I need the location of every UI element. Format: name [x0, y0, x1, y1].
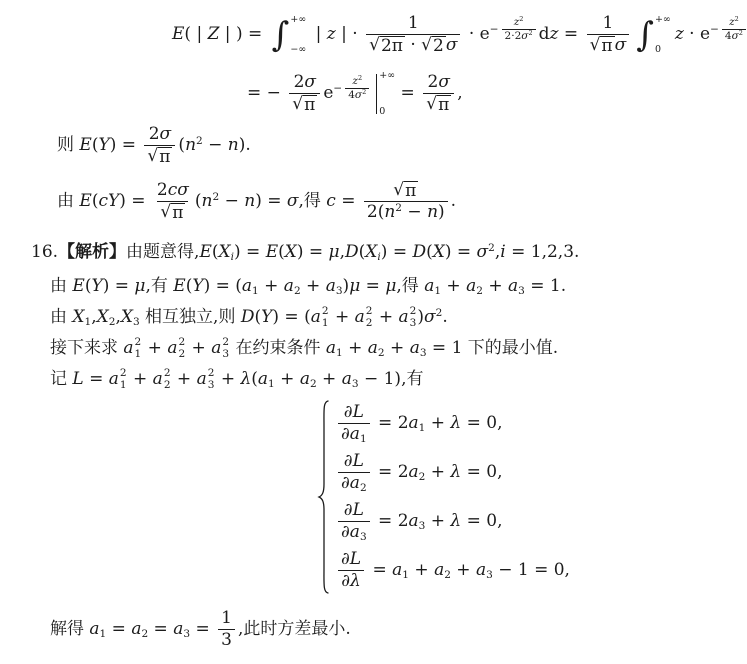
lagrange-equation-system: ∂L∂a1 = 2a1 + λ = 0, ∂L∂a2 = 2a2 + λ = 0… [316, 399, 570, 595]
subscript: 1 [336, 348, 343, 359]
denominator: √π [157, 201, 188, 223]
solution-page: E( | Z | ) = ∫+∞−∞ | z | · 1√2π · √2σ · … [0, 0, 747, 664]
math-text: . [442, 307, 447, 327]
math-text: 接下来求 [50, 338, 123, 358]
math-variable: Y [91, 276, 102, 296]
math-text: 1 [336, 347, 343, 359]
subscript: 1 [402, 570, 409, 581]
sub-superscript: 23 [222, 337, 229, 361]
math-text: ,得 [396, 276, 424, 296]
math-variable: a [131, 619, 141, 639]
math-variable: L [350, 549, 361, 569]
radicand: π [158, 147, 172, 167]
subscript: 3 [360, 532, 367, 543]
stacked-subscript: 1 [120, 380, 127, 392]
superscript: −z22·2σ2 [490, 16, 539, 43]
subscript: 2 [294, 286, 301, 297]
math-text: = 1. [525, 276, 566, 296]
equation-list: ∂L∂a1 = 2a1 + λ = 0, ∂L∂a2 = 2a2 + λ = 0… [335, 399, 570, 595]
math-variable: a [211, 338, 221, 358]
math-text: 3 [336, 285, 343, 297]
math-variable: a [300, 369, 310, 389]
equation-partial-lambda: ∂L∂λ = a1 + a2 + a3 − 1 = 0, [335, 546, 570, 595]
fraction: ∂L∂a3 [338, 500, 370, 544]
math-text: ( [278, 242, 285, 262]
math-variable: σ [160, 124, 172, 144]
math-text: = 2 [373, 413, 409, 433]
math-variable: a [409, 462, 419, 482]
math-text: 2 [488, 242, 495, 254]
fraction: ∂L∂λ [338, 549, 364, 593]
math-variable: a [350, 522, 360, 542]
denominator: √πσ [587, 34, 630, 56]
math-text: · e [463, 24, 489, 44]
equation-partial-a2: ∂L∂a2 = 2a2 + λ = 0, [335, 448, 570, 497]
radical: √2 [421, 36, 446, 56]
math-text: + [441, 276, 466, 296]
numerator: √π [390, 180, 421, 201]
numerator: 1 [599, 13, 616, 34]
math-text: ∂ [341, 424, 350, 444]
math-text: + [215, 369, 240, 389]
math-variable: c [326, 191, 336, 211]
superscript: 2 [488, 243, 495, 254]
math-variable: Y [98, 135, 109, 155]
math-text: 2 [360, 482, 367, 494]
math-text: 由 [50, 307, 72, 327]
math-text: − 1 = 0, [493, 560, 570, 580]
math-variable: X [121, 307, 133, 327]
math-variable: Y [261, 307, 272, 327]
superscript: 2 [358, 75, 362, 82]
stacked-subscript: 3 [222, 349, 229, 361]
math-text: 2·2 [505, 30, 522, 42]
subscript: 3 [352, 379, 359, 390]
radical: √π [426, 95, 451, 115]
sub-superscript: 21 [322, 306, 329, 330]
math-text: ,得 [298, 191, 326, 211]
fraction: 2σ√π [144, 124, 175, 168]
math-text: ∂ [341, 571, 350, 591]
math-variable: a [197, 369, 207, 389]
math-variable: σ [287, 191, 299, 211]
subscript: 3 [518, 286, 525, 297]
math-text: = 0, [461, 462, 502, 482]
denominator: √π [144, 145, 175, 167]
math-variable: a [399, 307, 409, 327]
fraction: z24σ2 [345, 75, 369, 102]
math-variable: L [353, 402, 364, 422]
math-text: 2 [135, 336, 142, 348]
radical-sign-icon: √ [292, 95, 303, 114]
numerator: z2 [349, 75, 365, 88]
fraction: 1√πσ [587, 13, 630, 57]
radicand: 2 [432, 36, 446, 56]
math-text: − [219, 191, 244, 211]
math-text: + [385, 338, 410, 358]
math-variable: E [172, 24, 184, 44]
math-variable: μ [329, 242, 340, 262]
math-variable: a [326, 338, 336, 358]
numerator: ∂L [341, 402, 367, 423]
math-text: + [128, 369, 153, 389]
math-variable: X [365, 242, 377, 262]
denominator: 2·2σ2 [502, 29, 536, 43]
fraction: ∂L∂a2 [338, 451, 370, 495]
math-text: 由 [57, 191, 79, 211]
denominator: 3 [218, 629, 235, 651]
math-variable: X [285, 242, 297, 262]
math-text: 16. [31, 242, 58, 262]
numerator: 2σ [291, 72, 319, 93]
math-text: ( | [184, 24, 207, 44]
sub-superscript: 22 [366, 306, 373, 330]
math-text: 1 [402, 569, 409, 581]
math-variable: σ [521, 30, 528, 42]
fraction: 13 [218, 608, 235, 652]
math-text: | [310, 24, 327, 44]
math-text: 2 [164, 379, 171, 391]
math-text: = [336, 191, 361, 211]
math-text: 2 [196, 135, 203, 147]
math-variable: σ [477, 242, 489, 262]
math-text: 2 [410, 305, 417, 317]
math-text: = 1,2,3. [506, 242, 580, 262]
evaluation-limits: +∞0 [379, 71, 395, 117]
math-variable: a [167, 338, 177, 358]
math-text: − [490, 24, 499, 36]
math-text: − [710, 24, 719, 36]
superscript: −z24σ2 [333, 75, 372, 102]
subscript: 2 [310, 379, 317, 390]
math-text: π [405, 181, 416, 201]
subscript: 2 [476, 286, 483, 297]
math-text: 1 [120, 379, 127, 391]
math-text: 1 [221, 608, 232, 628]
math-text: 3 [222, 348, 229, 360]
math-variable: a [173, 619, 183, 639]
math-text: + [343, 338, 368, 358]
math-variable: z [327, 24, 336, 44]
superscript: 2 [395, 203, 402, 214]
math-variable: λ [240, 369, 251, 389]
radical-sign-icon: √ [426, 95, 437, 114]
math-text: 2 [529, 29, 533, 37]
line-conclusion-minimum-variance: 解得 a1 = a2 = a3 = 13,此时方差最小. [50, 606, 351, 653]
superscript: 2 [739, 30, 743, 37]
math-variable: a [123, 338, 133, 358]
math-variable: E [199, 242, 211, 262]
math-text: + [483, 276, 508, 296]
math-variable: a [153, 369, 163, 389]
math-text: ∂ [344, 451, 353, 471]
math-text: ∂ [344, 402, 353, 422]
math-text: 4 [348, 89, 355, 101]
math-text: = [84, 369, 109, 389]
math-text: + [259, 276, 284, 296]
math-text: + [425, 462, 450, 482]
math-text: π [172, 203, 183, 223]
math-text: 在约束条件 [230, 338, 326, 358]
lower-limit: 0 [379, 107, 395, 117]
math-variable: E [72, 276, 84, 296]
math-variable: z [675, 24, 684, 44]
line-lagrangian-definition: 记 L = a21 + a22 + a23 + λ(a1 + a2 + a3 −… [50, 364, 423, 394]
radicand: π [303, 95, 317, 115]
math-text: π [159, 147, 170, 167]
math-text: + [409, 560, 434, 580]
math-variable: a [409, 511, 419, 531]
math-text: + [451, 560, 476, 580]
math-text: ) = [445, 242, 477, 262]
radical: √π [393, 181, 418, 201]
math-text: − [333, 83, 342, 95]
math-variable: n [427, 202, 438, 222]
math-text: 2 [444, 569, 451, 581]
numerator: 2σ [146, 124, 174, 145]
math-text: 由 [50, 276, 72, 296]
fraction: z24σ2 [722, 16, 746, 43]
radical-sign-icon: √ [147, 147, 158, 166]
math-text: 2 [735, 15, 739, 23]
math-text: 由题意得, [126, 242, 199, 262]
radical-sign-icon: √ [160, 203, 171, 222]
math-variable: X [97, 307, 109, 327]
math-text: = 1 下的最小值. [427, 338, 559, 358]
math-variable: a [355, 307, 365, 327]
lower-limit: −∞ [290, 45, 306, 55]
math-text: 2 [164, 367, 171, 379]
radical-sign-icon: √ [369, 36, 380, 55]
math-variable: n [185, 135, 196, 155]
math-text: + [317, 369, 342, 389]
math-text: = [559, 24, 584, 44]
math-text: 1 [408, 13, 419, 33]
math-text: 3 [486, 569, 493, 581]
math-variable: D [345, 242, 359, 262]
radicand: π [437, 95, 451, 115]
math-variable: a [311, 307, 321, 327]
problem-16-analysis-line: 16.【解析】由题意得,E(Xi) = E(X) = μ,D(Xi) = D(X… [31, 239, 579, 266]
fraction: √π2(n2 − n) [364, 180, 448, 224]
numerator: z2 [511, 16, 527, 29]
math-variable: a [242, 276, 252, 296]
stacked-subscript: 2 [164, 380, 171, 392]
math-text: = 2 [373, 462, 409, 482]
integral-sign-icon: ∫ [636, 18, 654, 52]
math-text: ) = ( [272, 307, 310, 327]
denominator: ∂λ [338, 570, 364, 592]
math-text: ) [438, 202, 445, 222]
math-text: ) = [255, 191, 287, 211]
subscript: 3 [420, 348, 427, 359]
math-text: ∂ [341, 549, 350, 569]
math-text: 3 [352, 378, 359, 390]
math-variable: a [392, 560, 402, 580]
math-variable: n [244, 191, 255, 211]
math-variable: σ [438, 72, 450, 92]
math-text: · [405, 35, 421, 55]
math-text: 则 [57, 135, 79, 155]
radical-sign-icon: √ [590, 36, 601, 55]
subscript: 2 [378, 348, 385, 359]
math-variable: σ [732, 30, 739, 42]
math-text: = [367, 560, 392, 580]
math-text: 3 [518, 285, 525, 297]
superscript: 2 [362, 89, 366, 96]
math-variable: a [284, 276, 294, 296]
radical: √π [147, 147, 172, 167]
math-text: 解得 [50, 619, 89, 639]
math-text: ,有 [145, 276, 173, 296]
math-text: | · [336, 24, 363, 44]
math-text: 2 [178, 336, 185, 348]
math-text: π [601, 36, 612, 56]
math-text: 2 [310, 378, 317, 390]
fraction: 1√2π · √2σ [366, 13, 460, 57]
math-variable: σ [424, 307, 436, 327]
stacked-subscript: 3 [410, 318, 417, 330]
formula-expectation-abs-z-integral: E( | Z | ) = ∫+∞−∞ | z | · 1√2π · √2σ · … [172, 5, 747, 63]
math-text: 3 [410, 317, 417, 329]
sub-superscript: 21 [120, 368, 127, 392]
math-text: ) = [119, 191, 151, 211]
math-text: 2 [433, 36, 444, 56]
math-variable: Y [192, 276, 203, 296]
upper-limit: +∞ [290, 15, 306, 25]
math-text: = [106, 619, 131, 639]
numerator: ∂L [341, 500, 367, 521]
subscript: 2 [444, 570, 451, 581]
math-variable: L [72, 369, 83, 389]
math-variable: λ [450, 413, 461, 433]
superscript: −z24σ2 [710, 16, 747, 43]
denominator: √2π · √2σ [366, 34, 460, 56]
math-text: 2 [294, 285, 301, 297]
sub-superscript: 23 [410, 306, 417, 330]
math-variable: cY [98, 191, 119, 211]
radicand: π [171, 203, 185, 223]
math-text: 1 [602, 13, 613, 33]
math-text: 2 [366, 317, 373, 329]
numerator: 2σ [425, 72, 453, 93]
math-text: 2 [208, 367, 215, 379]
evaluation-bar [376, 74, 377, 114]
math-variable: a [350, 424, 360, 444]
math-variable: a [368, 338, 378, 358]
math-variable: X [433, 242, 445, 262]
math-text: · e [684, 24, 710, 44]
numerator: z2 [726, 16, 742, 29]
math-text: + [373, 307, 398, 327]
integral: ∫+∞0 [636, 15, 671, 55]
upper-limit: +∞ [655, 15, 671, 25]
denominator: 4σ2 [345, 88, 369, 102]
math-text: 1 [268, 378, 275, 390]
radical: √π [292, 95, 317, 115]
math-variable: σ [355, 89, 362, 101]
math-text: ∂ [341, 522, 350, 542]
math-text: 2π [381, 36, 403, 56]
denominator: 2(n2 − n) [364, 201, 448, 223]
subscript: 1 [252, 286, 259, 297]
math-text: 2 [120, 367, 127, 379]
math-variable: E [266, 242, 278, 262]
math-text: ,此时方差最小. [238, 619, 351, 639]
numerator: 1 [405, 13, 422, 34]
integral: ∫+∞−∞ [272, 15, 307, 55]
denominator: 4σ2 [722, 29, 746, 43]
math-variable: X [219, 242, 231, 262]
math-variable: D [412, 242, 426, 262]
math-variable: L [353, 500, 364, 520]
math-variable: a [342, 369, 352, 389]
fraction: ∂L∂a1 [338, 402, 370, 446]
sub-superscript: 23 [208, 368, 215, 392]
radicand: π [600, 36, 614, 56]
integral-limits: +∞0 [655, 15, 671, 55]
math-text: ) = [234, 242, 266, 262]
math-text: 2 [366, 305, 373, 317]
math-text: = [395, 83, 420, 103]
stacked-subscript: 1 [135, 349, 142, 361]
math-text: | ) = [219, 24, 267, 44]
math-text: 2 [378, 347, 385, 359]
math-variable: a [89, 619, 99, 639]
math-variable: E [79, 191, 91, 211]
subscript: 2 [360, 483, 367, 494]
math-variable: n [228, 135, 239, 155]
evaluation: +∞0 [376, 71, 395, 117]
math-text: 2 [322, 305, 329, 317]
math-text: 2 [362, 88, 366, 96]
math-text: = [190, 619, 215, 639]
sub-superscript: 21 [135, 337, 142, 361]
math-text: π [438, 95, 449, 115]
math-text: 相互独立,则 [140, 307, 241, 327]
superscript: 2 [735, 16, 739, 23]
math-text: ) = [110, 135, 142, 155]
math-variable: z [550, 24, 559, 44]
radicand: π [404, 181, 418, 201]
math-variable: a [434, 560, 444, 580]
math-variable: μ [385, 276, 396, 296]
subscript: 3 [336, 286, 343, 297]
math-variable: D [241, 307, 255, 327]
math-text: 3 [221, 630, 232, 650]
math-variable: μ [349, 276, 360, 296]
subscript: 3 [133, 317, 140, 328]
math-text: + [425, 413, 450, 433]
math-variable: σ [446, 35, 458, 55]
bold-label: 【解析】 [58, 242, 126, 262]
math-variable: σ [304, 72, 316, 92]
math-variable: a [409, 413, 419, 433]
math-text: ) = [381, 242, 413, 262]
math-text: ( [195, 191, 202, 211]
integral-limits: +∞−∞ [290, 15, 306, 55]
denominator: ∂a2 [338, 472, 370, 494]
math-text: 2 [149, 124, 160, 144]
math-text: 1 [135, 348, 142, 360]
integral-sign-icon: ∫ [272, 18, 290, 52]
radical-sign-icon: √ [393, 181, 404, 200]
fraction: 2cσ√π [154, 180, 192, 224]
math-variable: Z [208, 24, 220, 44]
denominator: √π [289, 93, 320, 115]
subscript: 3 [486, 570, 493, 581]
denominator: ∂a3 [338, 521, 370, 543]
